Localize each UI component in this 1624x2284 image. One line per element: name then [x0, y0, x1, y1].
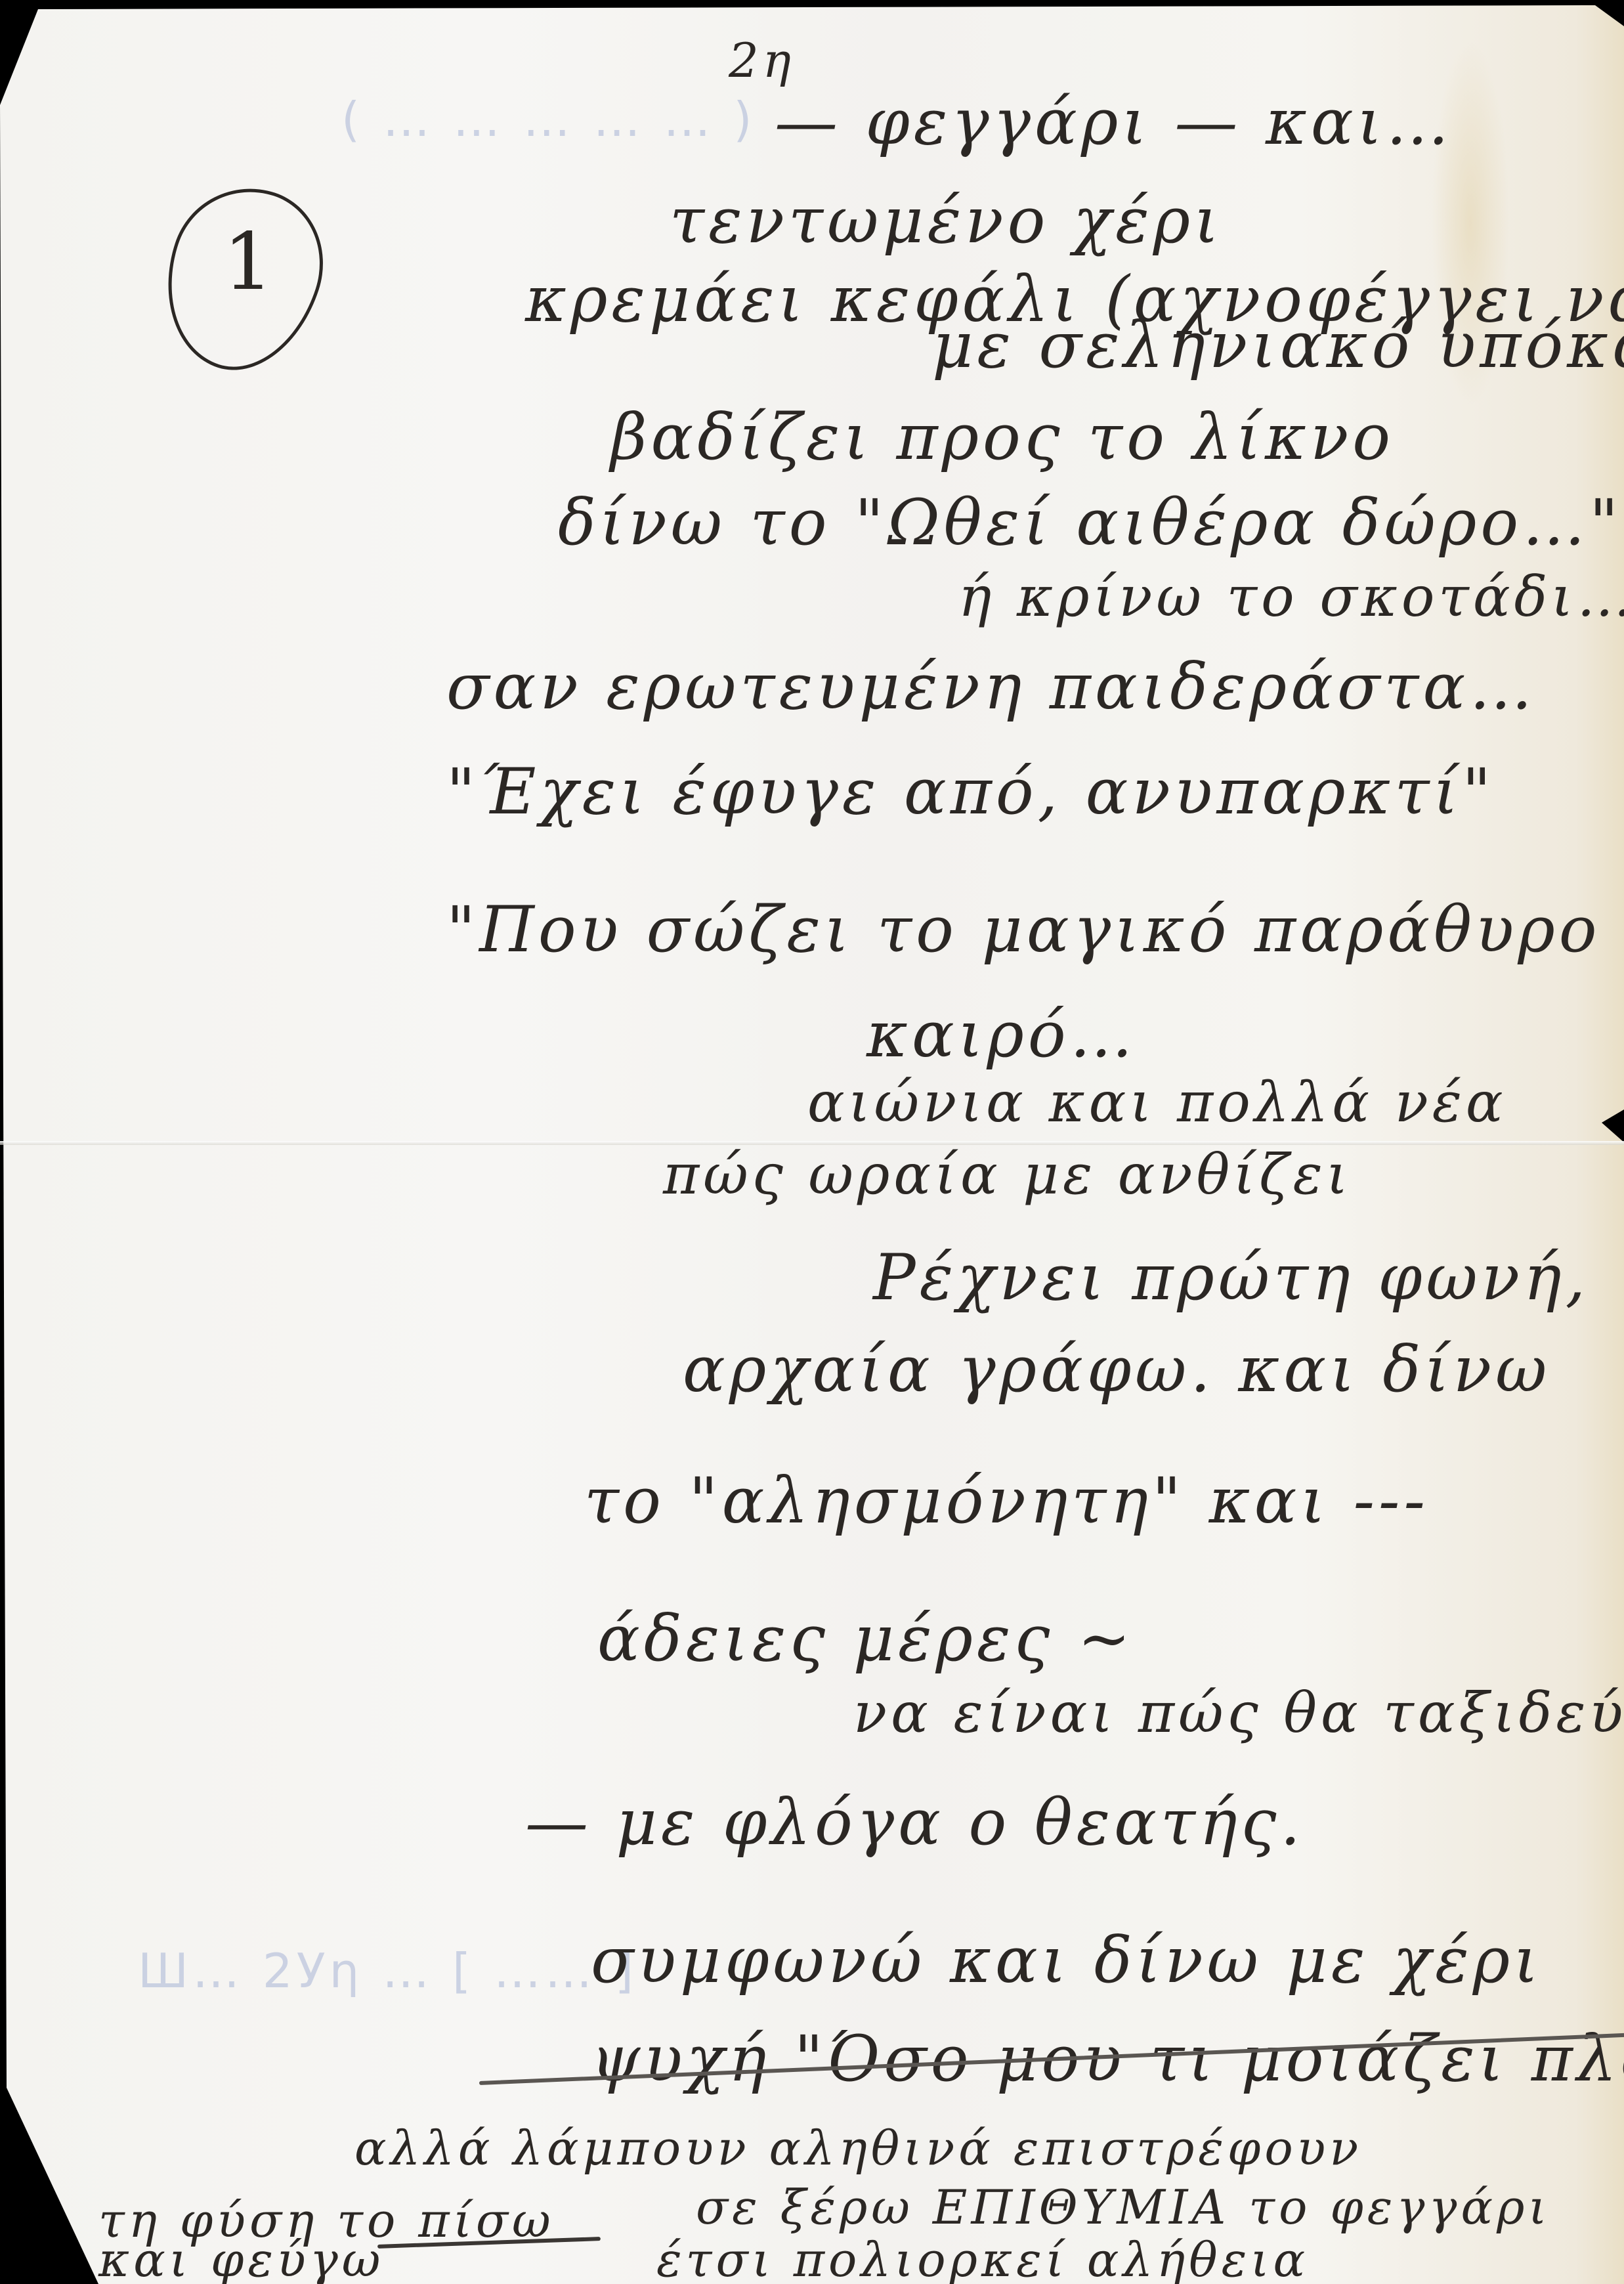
handwritten-line: συμφωνώ και δίνω με χέρι	[591, 1924, 1543, 1997]
handwritten-line: Ρέχνει πρώτη φωνή,	[873, 1241, 1589, 1314]
handwritten-line: το "αλησμόνητη" και ---	[584, 1464, 1429, 1538]
handwritten-line: "Που σώζει το μαγικό παράθυρο ψυχής"	[446, 893, 1624, 966]
handwritten-line: άδειες μέρες ~	[597, 1602, 1134, 1675]
handwritten-line: "Έχει έφυγε από, ανυπαρκτί"	[446, 755, 1495, 829]
handwritten-line: να είναι πώς θα ταξιδεύει	[853, 1681, 1624, 1745]
faint-blue-mark-left: Ш… 2Уη … [ …… ]	[138, 1943, 637, 1998]
circled-page-number: 1	[223, 217, 273, 308]
handwritten-line-struck: ψυχή "Όσο μου τι μοιάζει πλοίαρχος :"	[591, 2022, 1624, 2096]
faint-blue-mark-top: ( … … … … … )	[341, 92, 756, 147]
handwritten-line: βαδίζει προς το λίκνο	[610, 400, 1394, 474]
handwritten-line: — φεγγάρι — και…	[775, 85, 1453, 159]
handwritten-line: αρχαία γράφω. και δίνω	[683, 1333, 1550, 1406]
handwritten-line: δίνω το "Ωθεί αιθέρα δώρο…"	[558, 486, 1622, 559]
handwritten-line: με σεληνιακό υπόκαμισο	[932, 309, 1624, 382]
handwritten-line: καιρό…	[866, 998, 1137, 1071]
handwritten-line: 2η	[729, 33, 795, 88]
handwritten-line: και φεύγω	[98, 2232, 385, 2284]
handwritten-line: σε ξέρω ΕΠΙΘΥΜΙΑ το φεγγάρι	[696, 2180, 1551, 2235]
handwritten-line: — με φλόγα ο θεατής.	[525, 1786, 1304, 1859]
handwritten-line: αιώνια και πολλά νέα	[807, 1070, 1507, 1134]
handwritten-line: τεντωμένο χέρι	[670, 184, 1223, 257]
handwritten-line: πώς ωραία με ανθίζει	[663, 1142, 1352, 1207]
handwritten-line: αλλά λάμπουν αληθινά επιστρέφουν	[354, 2121, 1362, 2176]
handwritten-line: έτσι πολιορκεί αλήθεια	[656, 2232, 1309, 2284]
handwritten-line: σαν ερωτευμένη παιδεράστα…	[446, 650, 1536, 723]
handwritten-line: ή κρίνω το σκοτάδι…	[958, 565, 1624, 629]
